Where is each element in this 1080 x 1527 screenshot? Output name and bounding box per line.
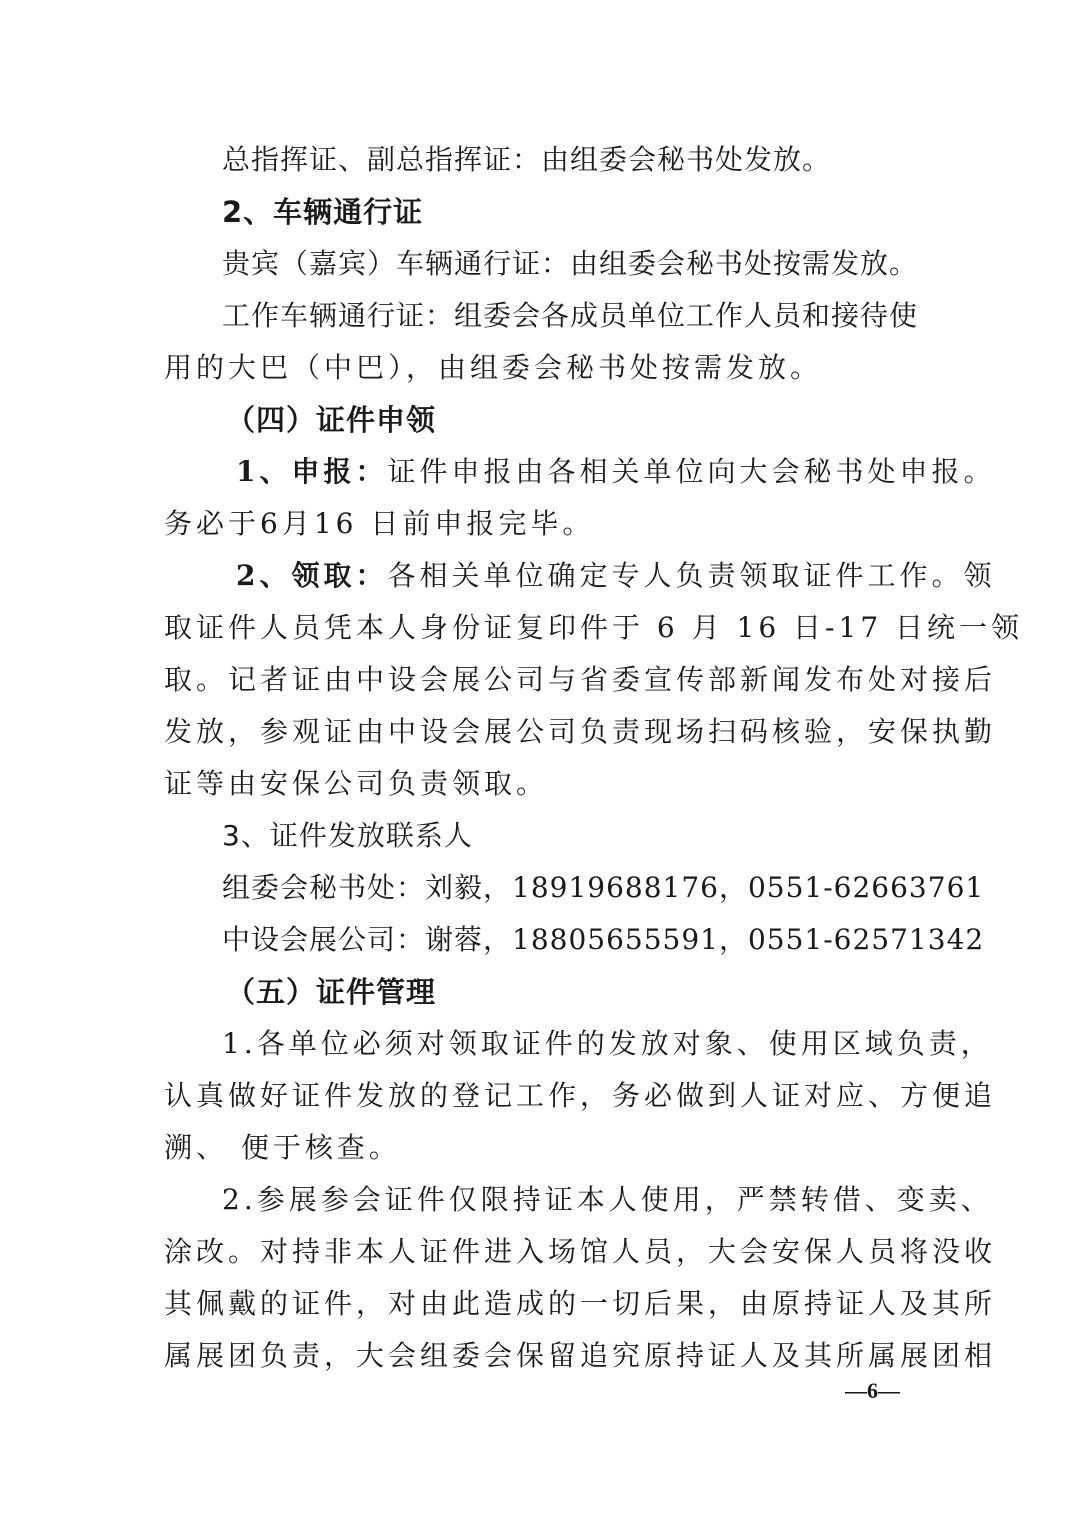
section-heading-vehicle-pass: 2、车辆通行证 [222, 194, 423, 230]
paragraph-management-1: 1.各单位必须对领取证件的发放对象、使用区域负责， [222, 1026, 993, 1062]
body-text: 证件申报由各相关单位向大会秘书处申报。 [387, 455, 995, 488]
paragraph-line: 发放，参观证由中设会展公司负责现场扫码核验，安保执勤 [164, 714, 996, 750]
page-number: —6— [845, 1378, 900, 1404]
paragraph-management-2: 2.参展参会证件仅限持证本人使用，严禁转借、变卖、 [222, 1182, 993, 1218]
lead-text: 2、领取： [236, 559, 387, 592]
paragraph-line: 属展团负责，大会组委会保留追究原持证人及其所属展团相 [164, 1338, 996, 1374]
paragraph-line: 用的大巴（中巴），由组委会秘书处按需发放。 [164, 350, 822, 386]
paragraph-line: 认真做好证件发放的登记工作，务必做到人证对应、方便追 [164, 1078, 996, 1114]
paragraph-vip-vehicle-pass: 贵宾（嘉宾）车辆通行证：由组委会秘书处按需发放。 [222, 246, 918, 282]
paragraph-line: 溯、 便于核查。 [164, 1130, 401, 1166]
body-text: 由组委会秘书处发放。 [541, 143, 831, 176]
lead-text: 工作车辆通行证： [222, 299, 454, 332]
lead-text: 1、申报： [236, 455, 387, 488]
paragraph-work-vehicle-pass: 工作车辆通行证：组委会各成员单位工作人员和接待使 [222, 298, 918, 334]
paragraph-line: 取。记者证由中设会展公司与省委宣传部新闻发布处对接后 [164, 662, 996, 698]
paragraph-line: 务必于6月16 日前申报完毕。 [164, 506, 594, 542]
paragraph-collection: 2、领取：各相关单位确定专人负责领取证件工作。领 [236, 558, 996, 594]
paragraph-line: 其佩戴的证件，对由此造成的一切后果，由原持证人及其所 [164, 1286, 996, 1322]
body-text: 组委会各成员单位工作人员和接待使 [454, 299, 918, 332]
contact-exhibition-company: 中设会展公司：谢蓉，18805655591，0551-62571342 [222, 922, 984, 958]
subheading-contacts: 3、证件发放联系人 [222, 818, 473, 854]
contact-secretariat: 组委会秘书处：刘毅，18919688176，0551-62663761 [222, 870, 984, 906]
paragraph-line: 涂改。对持非本人证件进入场馆人员，大会安保人员将没收 [164, 1234, 996, 1270]
lead-text: 贵宾（嘉宾）车辆通行证： [222, 247, 570, 280]
body-text: 各相关单位确定专人负责领取证件工作。领 [387, 559, 995, 592]
paragraph-line: 证等由安保公司负责领取。 [164, 766, 548, 802]
paragraph-declaration: 1、申报：证件申报由各相关单位向大会秘书处申报。 [236, 454, 996, 490]
lead-text: 总指挥证、副总指挥证： [222, 143, 541, 176]
paragraph-line: 取证件人员凭本人身份证复印件于 6 月 16 日-17 日统一领 [164, 610, 1023, 646]
paragraph-commander-pass: 总指挥证、副总指挥证：由组委会秘书处发放。 [222, 142, 831, 178]
body-text: 由组委会秘书处按需发放。 [570, 247, 918, 280]
section-heading-application: （四）证件申领 [226, 402, 436, 438]
section-heading-management: （五）证件管理 [226, 974, 436, 1010]
